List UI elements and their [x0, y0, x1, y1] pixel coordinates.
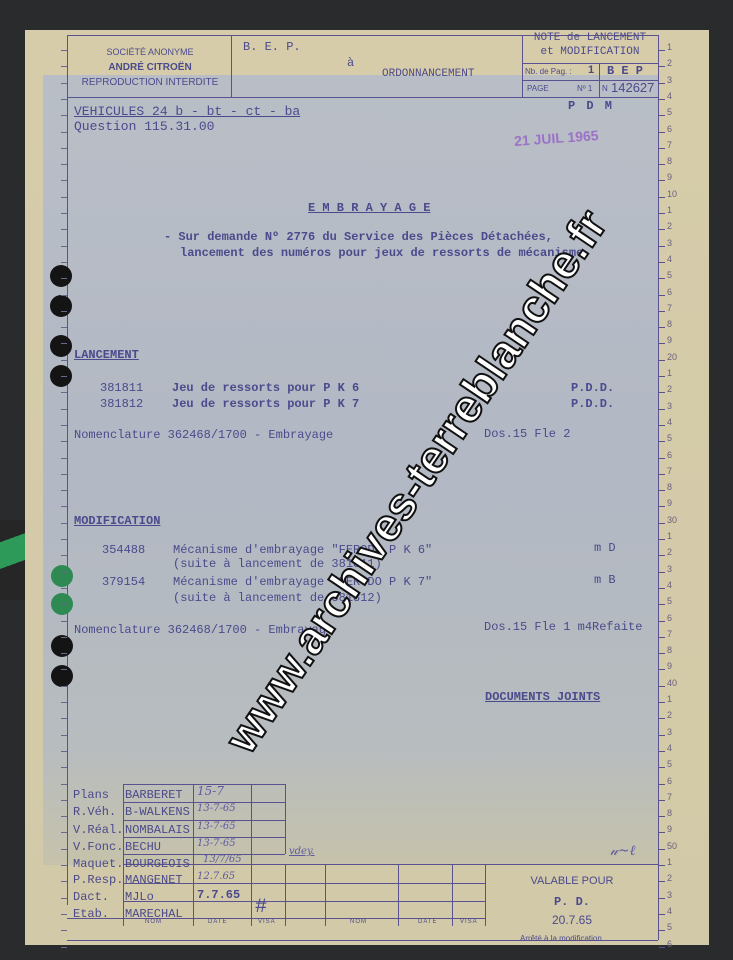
left-ruler-tick	[61, 50, 67, 51]
ruler-number: 9	[667, 661, 672, 671]
ruler-tick	[659, 197, 665, 198]
col-date-label: DATE	[208, 919, 228, 925]
vehicles-line: VEHICULES 24 b - bt - ct - ba	[74, 104, 300, 119]
ruler-number: 5	[667, 596, 672, 606]
left-ruler-tick	[61, 767, 67, 768]
punch-hole	[50, 335, 72, 357]
ruler-number: 3	[667, 564, 672, 574]
ruler-number: 2	[667, 547, 672, 557]
ruler-number: 6	[667, 939, 672, 949]
left-ruler-tick	[61, 669, 67, 670]
left-ruler-tick	[61, 881, 67, 882]
ruler-tick	[659, 425, 665, 426]
author-signature: 𝓊~ℓ	[610, 843, 635, 860]
ruler-number: 6	[667, 613, 672, 623]
ruler-tick	[659, 246, 665, 247]
ruler-number: 1	[667, 205, 672, 215]
ruler-number: 2	[667, 873, 672, 883]
ruler-tick	[659, 392, 665, 393]
left-margin-rule	[67, 35, 68, 905]
ruler-number: 2	[667, 221, 672, 231]
ruler-number: 4	[667, 91, 672, 101]
ruler-number: 30	[667, 515, 677, 525]
ruler-number: 8	[667, 645, 672, 655]
ruler-tick	[659, 148, 665, 149]
left-ruler-tick	[61, 360, 67, 361]
ruler-tick	[659, 718, 665, 719]
col-visa-label: VISA	[258, 919, 276, 925]
left-ruler-tick	[61, 213, 67, 214]
ruler-tick	[659, 99, 665, 100]
ruler-tick	[659, 278, 665, 279]
ruler-number: 3	[667, 727, 672, 737]
role-r-veh: R.Véh.	[73, 805, 116, 819]
left-ruler-tick	[61, 539, 67, 540]
col-visa-label-2: VISA	[460, 919, 478, 925]
ruler-tick	[659, 849, 665, 850]
ruler-number: 4	[667, 254, 672, 264]
ruler-tick	[659, 295, 665, 296]
ruler-number: 1	[667, 368, 672, 378]
background-green-folder	[0, 520, 25, 600]
left-ruler-tick	[61, 604, 67, 605]
name-plans: BARBERET	[125, 788, 183, 802]
ruler-number: 40	[667, 678, 677, 688]
left-ruler-tick	[61, 800, 67, 801]
page-number-label: Nº 1	[577, 84, 592, 93]
left-ruler-tick	[61, 914, 67, 915]
left-ruler-tick	[61, 947, 67, 948]
role-v-fonc: V.Fonc.	[73, 840, 123, 854]
left-ruler-tick	[61, 311, 67, 312]
ruler-tick	[659, 767, 665, 768]
to-prefix: à	[347, 56, 354, 70]
ruler-tick	[659, 686, 665, 687]
ruler-number: 9	[667, 172, 672, 182]
ruler-number: 6	[667, 287, 672, 297]
nb-pages-label: Nb. de Pag. :	[525, 67, 572, 76]
header-divider-1	[231, 35, 232, 97]
left-ruler-tick	[61, 99, 67, 100]
left-ruler-tick	[61, 784, 67, 785]
company-line-1: SOCIÉTÉ ANONYME	[70, 47, 230, 57]
ruler-tick	[659, 930, 665, 931]
ruler-number: 3	[667, 890, 672, 900]
left-ruler-tick	[61, 115, 67, 116]
ruler-number: 2	[667, 710, 672, 720]
ruler-number: 4	[667, 580, 672, 590]
modification-item-2-description: Mécanisme d'embrayage "FERODO P K 7"	[173, 575, 432, 589]
ruler-number: 3	[667, 75, 672, 85]
to-department: ORDONNANCEMENT	[382, 68, 474, 80]
reproduction-notice: REPRODUCTION INTERDITE	[70, 77, 230, 88]
left-ruler-tick	[61, 930, 67, 931]
left-ruler-tick	[61, 164, 67, 165]
left-ruler-tick	[61, 702, 67, 703]
ruler-number: 7	[667, 792, 672, 802]
ruler-number: 8	[667, 808, 672, 818]
header-bottom-rule	[67, 97, 658, 98]
ruler-tick	[659, 621, 665, 622]
ruler-number: 5	[667, 433, 672, 443]
left-ruler-tick	[61, 376, 67, 377]
documents-joints-heading: DOCUMENTS JOINTS	[485, 690, 600, 704]
intro-line-2: lancement des numéros pour jeux de resso…	[180, 246, 590, 260]
ruler-tick	[659, 132, 665, 133]
ruler-tick	[659, 898, 665, 899]
ruler-tick	[659, 311, 665, 312]
ruler-number: 6	[667, 124, 672, 134]
left-ruler-tick	[61, 246, 67, 247]
lancement-item-1-code: P.D.D.	[571, 381, 614, 395]
ruler-number: 2	[667, 58, 672, 68]
left-ruler-tick	[61, 490, 67, 491]
ruler-tick	[659, 832, 665, 833]
role-v-real: V.Réal.	[73, 823, 123, 837]
role-plans: Plans	[73, 788, 109, 802]
ruler-number: 5	[667, 759, 672, 769]
modification-heading: MODIFICATION	[74, 514, 160, 528]
ruler-number: 1	[667, 531, 672, 541]
ruler-tick	[659, 180, 665, 181]
ruler-number: 9	[667, 335, 672, 345]
left-ruler-tick	[61, 506, 67, 507]
ruler-tick	[659, 506, 665, 507]
name-v-fonc: BECHU	[125, 840, 161, 854]
left-ruler-tick	[61, 588, 67, 589]
ruler-tick	[659, 327, 665, 328]
ruler-tick	[659, 490, 665, 491]
ruler-number: 4	[667, 417, 672, 427]
ruler-number: 5	[667, 107, 672, 117]
ruler-tick	[659, 360, 665, 361]
lancement-nomenclature: Nomenclature 362468/1700 - Embrayage	[74, 428, 333, 442]
left-ruler-tick	[61, 816, 67, 817]
question-line: Question 115.31.00	[74, 119, 214, 134]
ruler-number: 8	[667, 156, 672, 166]
role-etab: Etab.	[73, 907, 109, 921]
ruler-tick	[659, 588, 665, 589]
left-ruler-tick	[61, 180, 67, 181]
date-dact: 7.7.65	[197, 888, 240, 902]
role-dact: Dact.	[73, 890, 109, 904]
ruler-tick	[659, 343, 665, 344]
left-ruler-tick	[61, 474, 67, 475]
ruler-number: 8	[667, 482, 672, 492]
from-department: B. E. P.	[243, 40, 301, 54]
date-v-fonc: 13-7-65	[197, 838, 236, 849]
left-ruler-tick	[61, 229, 67, 230]
blue-copy-area	[43, 75, 658, 865]
ruler-number: 4	[667, 743, 672, 753]
date-plans: 15-7	[197, 784, 224, 798]
left-ruler-tick	[61, 621, 67, 622]
left-ruler-tick	[61, 523, 67, 524]
ruler-number: 1	[667, 694, 672, 704]
ruler-number: 2	[667, 384, 672, 394]
lancement-dossier: Dos.15 Fle 2	[484, 427, 570, 441]
ruler-number: 7	[667, 466, 672, 476]
lancement-item-2-code: P.D.D.	[571, 397, 614, 411]
lancement-item-2-description: Jeu de ressorts pour P K 7	[172, 397, 359, 411]
left-ruler-tick	[61, 653, 67, 654]
ruler-tick	[659, 653, 665, 654]
header-divider-2	[522, 35, 523, 97]
left-ruler-tick	[61, 686, 67, 687]
valid-for-label: VALABLE POUR	[487, 875, 657, 887]
col-date-label-2: DATE	[418, 919, 438, 925]
ruler-number: 9	[667, 824, 672, 834]
extra-signature: vdey.	[289, 846, 314, 857]
role-p-resp: P.Resp.	[73, 873, 123, 887]
col-nom-label-2: NOM	[350, 919, 367, 925]
name-v-real: NOMBALAIS	[125, 823, 190, 837]
left-ruler-tick	[61, 751, 67, 752]
left-ruler-tick	[61, 197, 67, 198]
date-maquet: 13/7/65	[203, 854, 242, 865]
name-p-resp: MANGENET	[125, 873, 183, 887]
ruler-tick	[659, 66, 665, 67]
ruler-number: 9	[667, 498, 672, 508]
date-r-veh: 13-7-65	[197, 803, 236, 814]
footer-cut-text: Arrêté à la modification	[520, 934, 602, 943]
left-ruler-tick	[61, 458, 67, 459]
ruler-number: 7	[667, 629, 672, 639]
ruler-number: 1	[667, 857, 672, 867]
left-ruler-tick	[61, 637, 67, 638]
modification-dossier: Dos.15 Fle 1 m4Refaite	[484, 620, 642, 634]
left-ruler-tick	[61, 343, 67, 344]
ruler-tick	[659, 474, 665, 475]
ruler-number: 5	[667, 922, 672, 932]
ruler-number: 5	[667, 270, 672, 280]
ruler-tick	[659, 555, 665, 556]
ruler-tick	[659, 115, 665, 116]
doc-type-line-1: NOTE de LANCEMENT	[522, 32, 658, 44]
lancement-item-1-number: 381811	[100, 381, 143, 395]
valid-for-target: P. D.	[487, 895, 657, 909]
ruler-tick	[659, 262, 665, 263]
dept-code: B E P	[607, 64, 643, 78]
ruler-number: 6	[667, 776, 672, 786]
ruler-tick	[659, 947, 665, 948]
ruler-number: 3	[667, 401, 672, 411]
ruler-tick	[659, 702, 665, 703]
left-ruler-tick	[61, 441, 67, 442]
lancement-item-1-description: Jeu de ressorts pour P K 6	[172, 381, 359, 395]
left-ruler-tick	[61, 392, 67, 393]
ruler-tick	[659, 669, 665, 670]
ruler-tick	[659, 164, 665, 165]
ruler-tick	[659, 376, 665, 377]
left-ruler-tick	[61, 132, 67, 133]
ruler-tick	[659, 800, 665, 801]
ruler-tick	[659, 50, 665, 51]
left-ruler-tick	[61, 148, 67, 149]
left-ruler-tick	[61, 66, 67, 67]
left-ruler-tick	[61, 849, 67, 850]
ruler-tick	[659, 914, 665, 915]
left-ruler-tick	[61, 735, 67, 736]
left-ruler-tick	[61, 425, 67, 426]
validity-date: 20.7.65	[487, 913, 657, 927]
lancement-item-2-number: 381812	[100, 397, 143, 411]
left-ruler-tick	[61, 572, 67, 573]
ruler-tick	[659, 458, 665, 459]
name-dact: MJLo	[125, 890, 154, 904]
modification-item-2-code: m B	[594, 573, 616, 587]
name-r-veh: B-WALKENS	[125, 805, 190, 819]
ruler-tick	[659, 784, 665, 785]
intro-line-1: - Sur demande Nº 2776 du Service des Piè…	[164, 230, 553, 244]
punch-hole	[50, 265, 72, 287]
ruler-tick	[659, 604, 665, 605]
ruler-number: 10	[667, 189, 677, 199]
company-name: ANDRÉ CITROËN	[70, 62, 230, 73]
ruler-number: 6	[667, 450, 672, 460]
ruler-number: 8	[667, 319, 672, 329]
role-maquet: Maquet.	[73, 857, 123, 871]
modification-item-1-number: 354488	[102, 543, 145, 557]
note-number: 142627	[611, 80, 654, 95]
ruler-tick	[659, 213, 665, 214]
left-ruler-tick	[61, 555, 67, 556]
ruler-tick	[659, 751, 665, 752]
left-ruler-tick	[61, 83, 67, 84]
ruler-number: 1	[667, 42, 672, 52]
ruler-tick	[659, 865, 665, 866]
ruler-tick	[659, 229, 665, 230]
ruler-tick	[659, 539, 665, 540]
date-p-resp: 12.7.65	[197, 871, 235, 882]
ruler-number: 20	[667, 352, 677, 362]
left-ruler-tick	[61, 278, 67, 279]
ruler-tick	[659, 572, 665, 573]
doc-type-line-2: et MODIFICATION	[522, 46, 658, 58]
name-maquet: BOURGEOIS	[125, 857, 190, 871]
crossed-visa-mark: #	[255, 896, 267, 919]
left-ruler-tick	[61, 865, 67, 866]
left-ruler-tick	[61, 327, 67, 328]
page-label: PAGE	[527, 84, 549, 93]
modification-item-1-code: m D	[594, 541, 616, 555]
header-box-divider	[599, 63, 600, 97]
left-ruler-tick	[61, 898, 67, 899]
ruler-tick	[659, 881, 665, 882]
left-ruler-tick	[61, 409, 67, 410]
ruler-tick	[659, 816, 665, 817]
ruler-tick	[659, 637, 665, 638]
ruler-number: 50	[667, 841, 677, 851]
ruler-tick	[659, 441, 665, 442]
left-ruler-tick	[61, 295, 67, 296]
right-margin-rule	[658, 35, 659, 940]
left-ruler-tick	[61, 832, 67, 833]
ruler-number: 7	[667, 140, 672, 150]
nb-pages-value: 1	[588, 64, 594, 76]
note-number-label: N	[602, 84, 608, 93]
ruler-tick	[659, 83, 665, 84]
ruler-number: 4	[667, 906, 672, 916]
ruler-number: 3	[667, 238, 672, 248]
left-ruler-tick	[61, 718, 67, 719]
punch-hole	[51, 565, 73, 587]
ruler-tick	[659, 409, 665, 410]
date-v-real: 13-7-65	[197, 821, 236, 832]
left-ruler-tick	[61, 262, 67, 263]
recipient-code: P D M	[568, 99, 614, 113]
document-title: E M B R A Y A G E	[308, 201, 430, 215]
punch-hole	[50, 295, 72, 317]
ruler-number: 7	[667, 303, 672, 313]
ruler-tick	[659, 735, 665, 736]
modification-item-2-number: 379154	[102, 575, 145, 589]
ruler-tick	[659, 523, 665, 524]
col-nom-label: NOM	[145, 919, 162, 925]
lancement-heading: LANCEMENT	[74, 348, 139, 362]
